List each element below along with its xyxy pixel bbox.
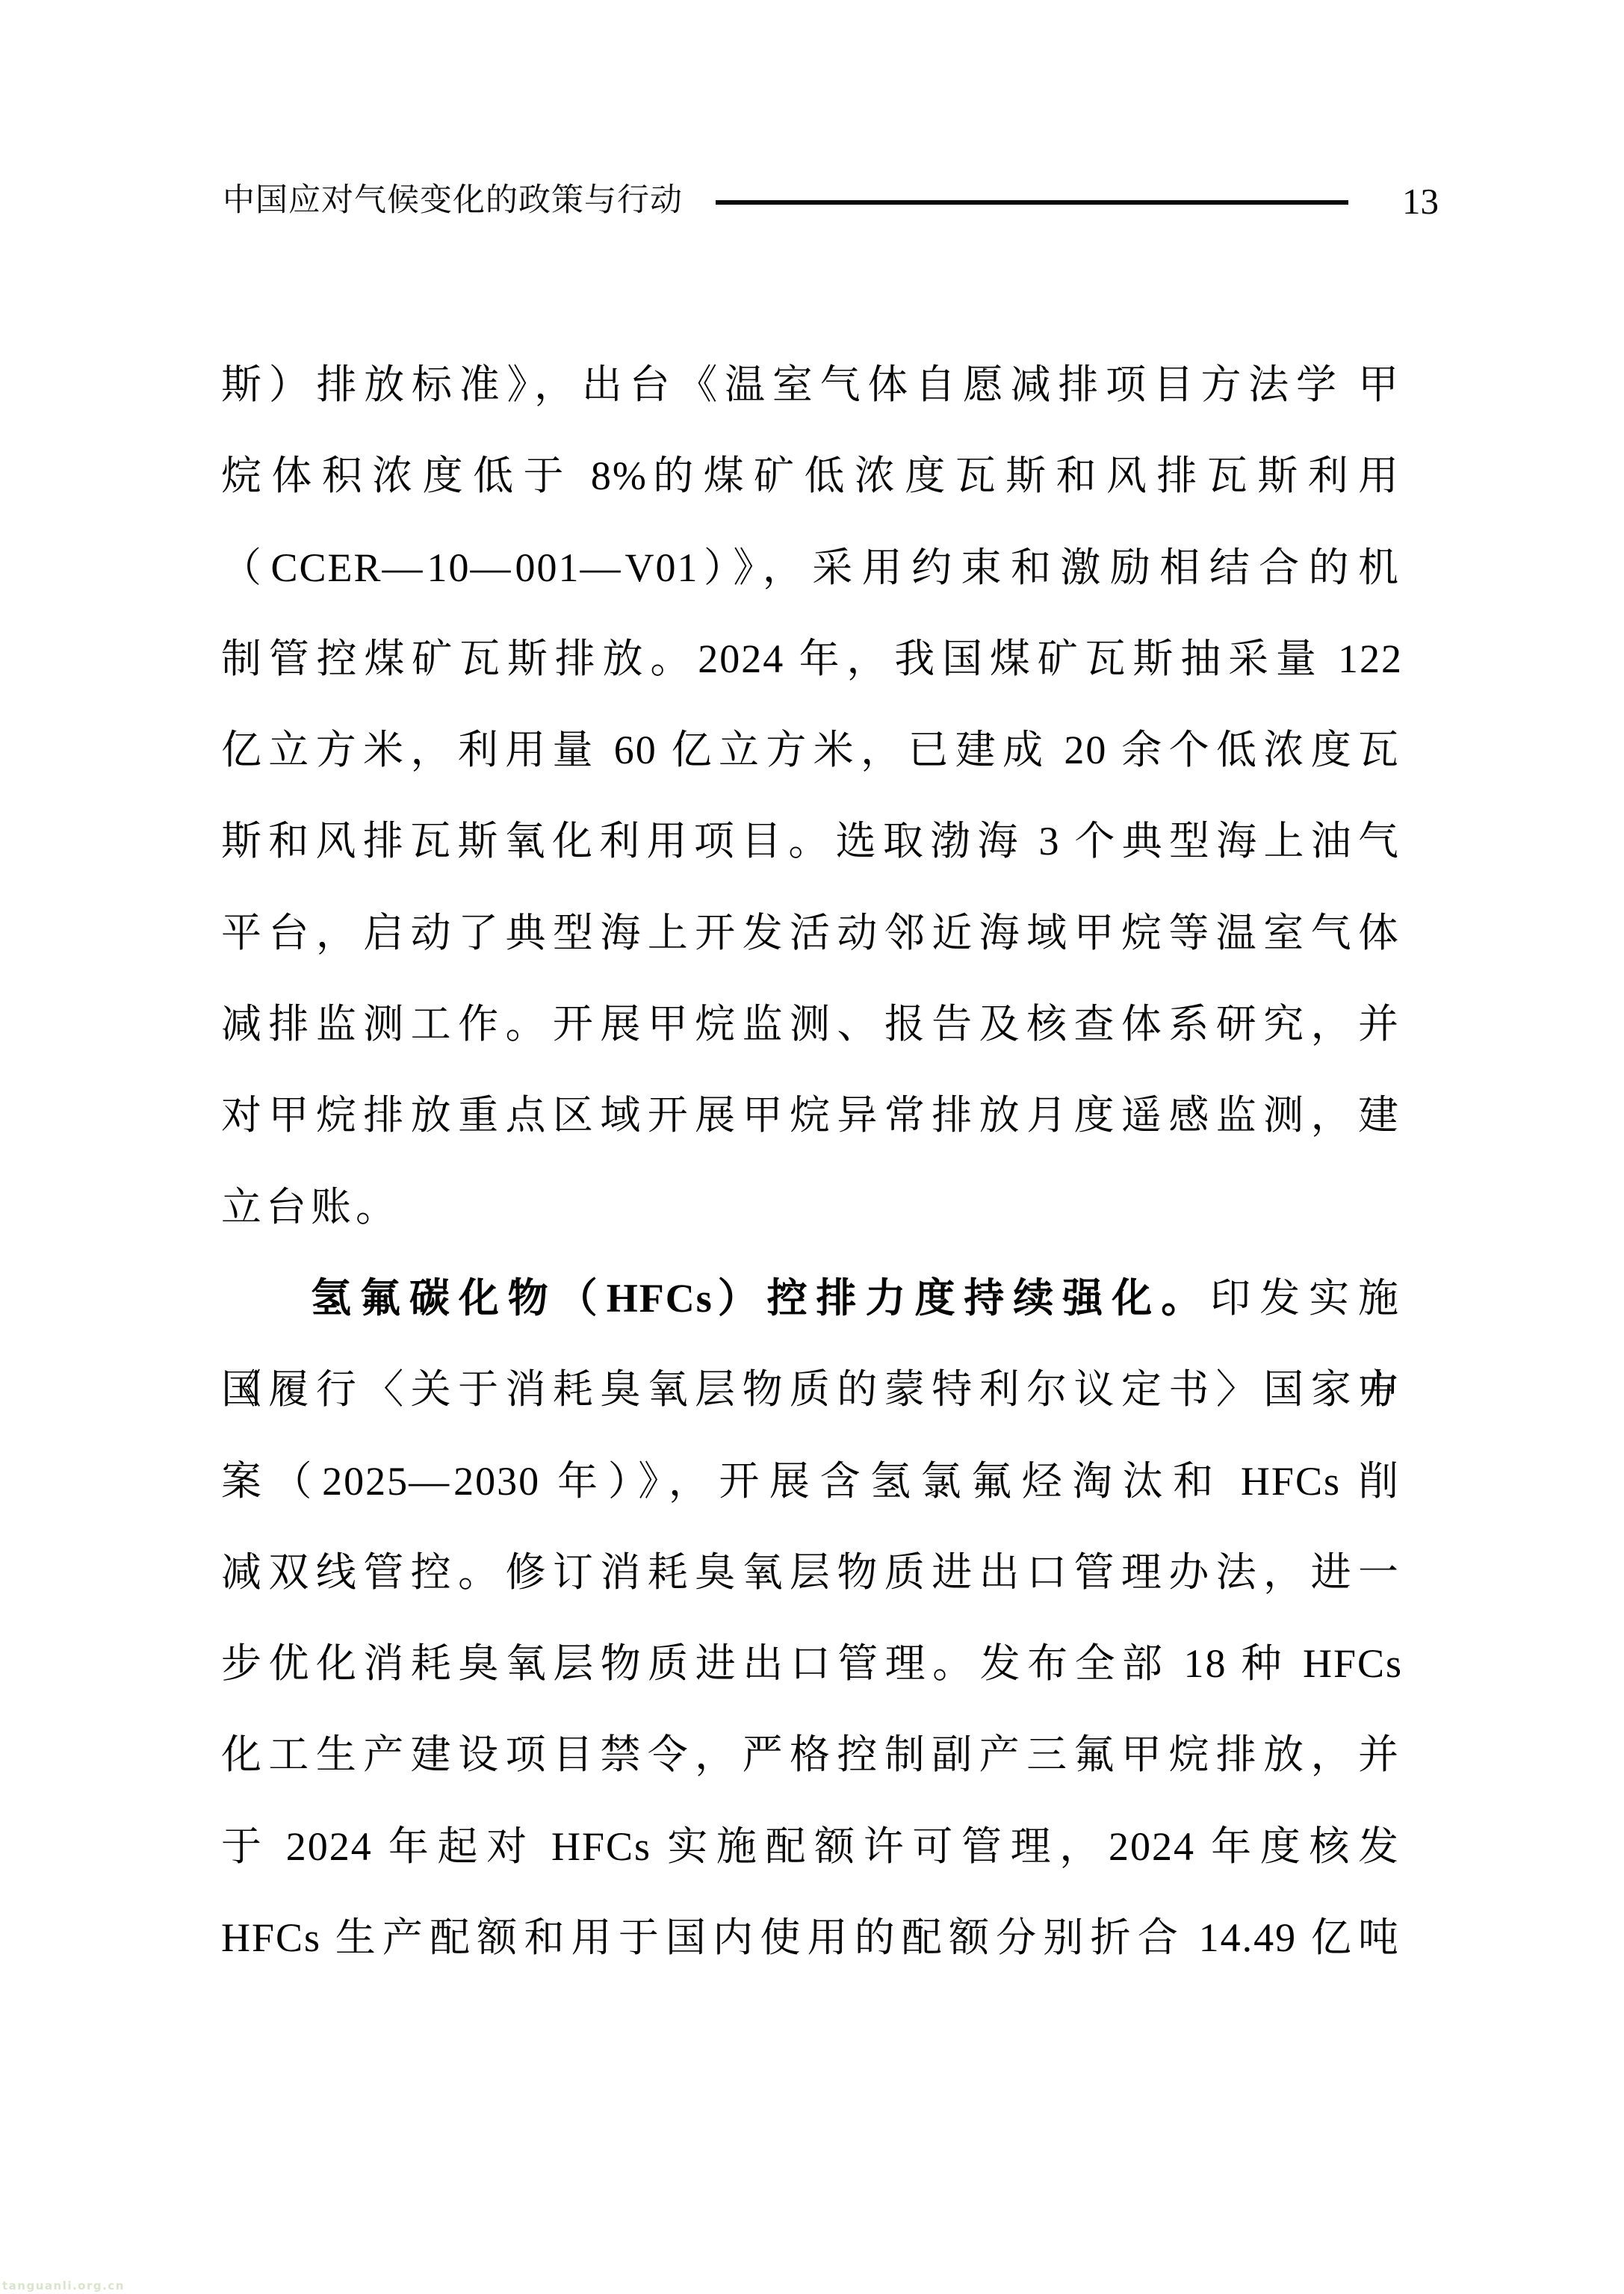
text-run: 2024 [1109,1824,1211,1869]
text-run: CCER [270,545,382,590]
text-run: 甲 [1358,362,1403,407]
text-run: 减双线管控。修订消耗臭氧层物质进出口管理办法，进一 [221,1550,1403,1595]
text-run: 余个低浓度瓦 [1121,728,1403,772]
text-line: 于 2024 年起对 HFCs 实施配额许可管理，2024 年度核发 [221,1801,1403,1892]
text-run: ）控排力度持续强化。 [713,1276,1210,1321]
text-run: 年）》，开展含氢氯氟烃淘汰和 [557,1459,1224,1504]
text-line: （CCER—10—001—V01）》，采用约束和激励相结合的机 [221,522,1403,613]
watermark: tanguanli.org.cn [2,2279,125,2293]
text-run: 2025 [322,1459,409,1504]
text-run: 年度核发 [1211,1824,1403,1869]
text-run: 年，我国煤矿瓦斯抽采量 [799,636,1324,681]
body-text: 斯）排放标准》，出台《温室气体自愿减排项目方法学 甲烷体积浓度低于 8%的煤矿低… [221,339,1403,1983]
text-run: HFCs [607,1276,713,1321]
text-run: 生产配额和用于国内使用的配额分别折合 [335,1915,1185,1960]
text-run: — [382,545,427,590]
text-line: 烷体积浓度低于 8%的煤矿低浓度瓦斯和风排瓦斯利用 [221,430,1403,521]
text-line: HFCs 生产配额和用于国内使用的配额分别折合 14.49 亿吨 [221,1892,1403,1983]
text-run: 氢氟碳化物（ [311,1276,607,1321]
text-run: — [580,545,625,590]
text-run: 年起对 [388,1824,536,1869]
text-run: 18 [1170,1641,1242,1686]
text-run: 国履行〈关于消耗臭氧层物质的蒙特利尔议定书〉国家方 [221,1367,1403,1412]
text-run: 的煤矿低浓度瓦斯和风排瓦斯利用 [648,453,1403,498]
text-run: 14.49 [1185,1915,1311,1960]
text-line: 对甲烷排放重点区域开展甲烷异常排放月度遥感监测，建 [221,1070,1403,1161]
text-run: 2024 [698,636,799,681]
text-run: 化工生产建设项目禁令，严格控制副产三氟甲烷排放，并 [221,1732,1403,1777]
text-run: （ [221,545,270,590]
text-run: 步优化消耗臭氧层物质进出口管理。发布全部 [221,1641,1170,1686]
text-run: 个典型海上油气 [1074,819,1403,864]
text-run: 8% [574,453,648,498]
text-run: 削 [1358,1459,1403,1504]
text-run: 3 [1025,819,1075,864]
text-run: 立台账。 [221,1185,400,1230]
text-run: HFCs [536,1824,667,1869]
text-run: 亿立方米，已建成 [672,728,1050,772]
text-run: 斯和风排瓦斯氧化利用项目。选取渤海 [221,819,1025,864]
text-run: HFCs [1289,1641,1403,1686]
page-number: 13 [1402,182,1439,221]
text-run: 10 [427,545,470,590]
text-run: 平台，启动了典型海上开发活动邻近海域甲烷等温室气体 [221,911,1403,955]
text-run: 20 [1050,728,1122,772]
text-run: 亿吨 [1311,1915,1403,1960]
text-line: 斯和风排瓦斯氧化利用项目。选取渤海 3 个典型海上油气 [221,796,1403,887]
text-run: — [470,545,515,590]
text-run: 制管控煤矿瓦斯排放。 [221,636,698,681]
text-line: 斯）排放标准》，出台《温室气体自愿减排项目方法学 甲 [221,339,1403,430]
text-run: 60 [600,728,672,772]
text-line: 立台账。 [221,1162,1403,1253]
text-run: 烷体积浓度低于 [221,453,574,498]
text-line: 平台，启动了典型海上开发活动邻近海域甲烷等温室气体 [221,887,1403,979]
text-line: 案（2025—2030 年）》，开展含氢氯氟烃淘汰和 HFCs 削 [221,1436,1403,1527]
text-run [1344,362,1358,407]
text-run: 减排监测工作。开展甲烷监测、报告及核查体系研究，并 [221,1002,1403,1047]
text-run: 于 [221,1824,270,1869]
text-run: 种 [1241,1641,1288,1686]
text-line: 国履行〈关于消耗臭氧层物质的蒙特利尔议定书〉国家方 [221,1344,1403,1435]
text-run: ）》，采用约束和激励相结合的机 [698,545,1403,590]
text-run: 对甲烷排放重点区域开展甲烷异常排放月度遥感监测，建 [221,1093,1403,1138]
text-run: 斯）排放标准》，出台《温室气体自愿减排项目方法学 [221,362,1344,407]
text-run: HFCs [1224,1459,1358,1504]
text-run: 亿立方米，利用量 [221,728,600,772]
text-line: 减双线管控。修订消耗臭氧层物质进出口管理办法，进一 [221,1527,1403,1618]
header-title: 中国应对气候变化的政策与行动 [223,182,683,219]
text-run: 122 [1324,636,1403,681]
text-line: 制管控煤矿瓦斯排放。2024 年，我国煤矿瓦斯抽采量 122 [221,613,1403,704]
text-run: 实施配额许可管理， [667,1824,1109,1869]
text-line: 步优化消耗臭氧层物质进出口管理。发布全部 18 种 HFCs [221,1618,1403,1709]
text-line: 化工生产建设项目禁令，严格控制副产三氟甲烷排放，并 [221,1709,1403,1800]
text-run: 案（ [221,1459,322,1504]
text-run: V01 [625,545,698,590]
text-line: 减排监测工作。开展甲烷监测、报告及核查体系研究，并 [221,979,1403,1070]
document-page: 中国应对气候变化的政策与行动 13 斯）排放标准》，出台《温室气体自愿减排项目方… [0,0,1624,2294]
text-run: — [409,1459,453,1504]
text-run: 001 [515,545,580,590]
header-rule [716,200,1348,205]
text-run: HFCs [221,1915,335,1960]
text-run: 2030 [453,1459,557,1504]
text-run: 2024 [270,1824,388,1869]
text-line: 氢氟碳化物（HFCs）控排力度持续强化。印发实施《中 [221,1253,1403,1344]
text-line: 亿立方米，利用量 60 亿立方米，已建成 20 余个低浓度瓦 [221,704,1403,796]
